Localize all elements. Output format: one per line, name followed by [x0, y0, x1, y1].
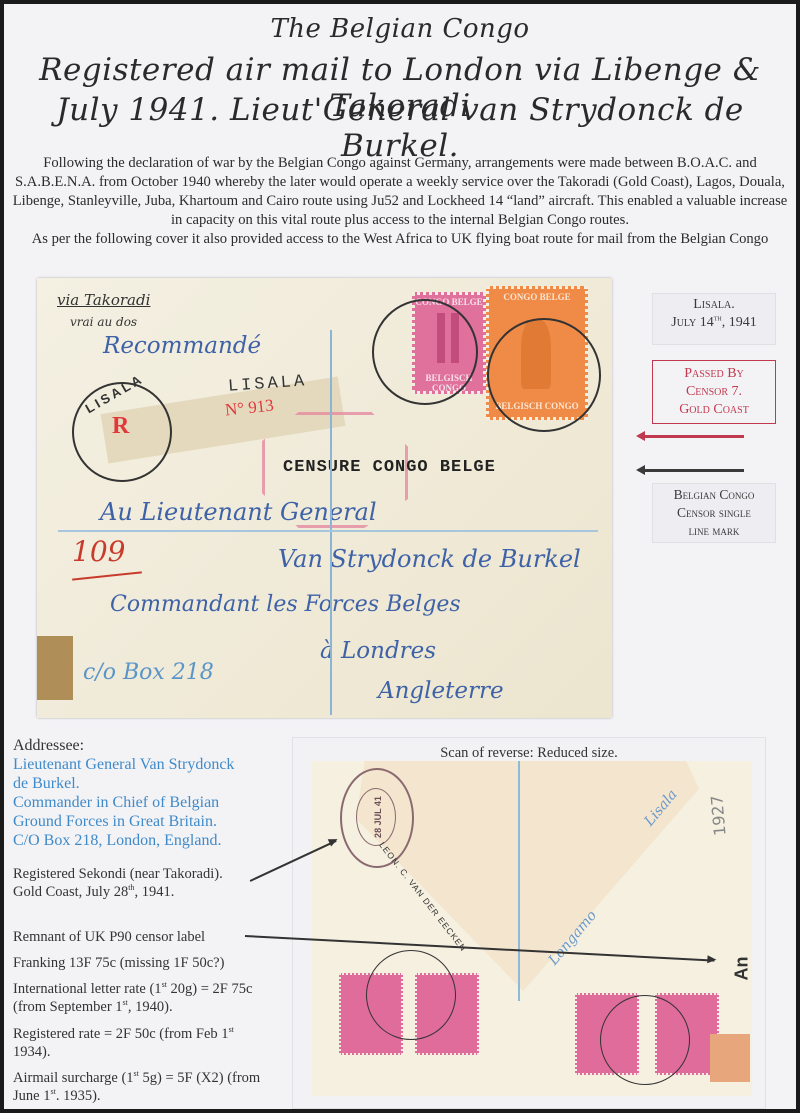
tape-remnant: [37, 636, 73, 700]
lisala-date-note: Lisala. July 14th, 1941: [652, 293, 776, 345]
intro-text: Following the declaration of war by the …: [12, 154, 788, 249]
address-line: Van Strydonck de Burkel: [278, 545, 581, 573]
addressee-label: Addressee:: [13, 736, 263, 755]
censor-single-line-note: Belgian Congo Censor single line mark: [652, 483, 776, 543]
pencil-note: 1927: [707, 794, 729, 836]
address-line: Commandant les Forces Belges: [110, 592, 461, 617]
registration-letter: R: [112, 413, 129, 440]
red-number: 109: [72, 535, 125, 568]
reverse-postmark: [366, 950, 456, 1040]
blue-crayon-line: [330, 330, 332, 715]
reverse-caption: Scan of reverse: Reduced size.: [293, 745, 765, 762]
lisala-postmark: [487, 318, 601, 432]
sekondi-date: 28 JUL 41: [373, 796, 383, 838]
tape-remnant: [710, 1034, 750, 1082]
page-title: The Belgian Congo: [0, 14, 800, 44]
censor-single-line-mark: CENSURE CONGO BELGE: [283, 458, 496, 477]
remnant-note: Remnant of UK P90 censor label: [13, 928, 273, 946]
registered-rate-note: Registered rate = 2F 50c (from Feb 1st 1…: [13, 1025, 263, 1061]
address-line: Angleterre: [378, 678, 504, 704]
airmail-surcharge-note: Airmail surcharge (1st 5g) = 5F (X2) (fr…: [13, 1069, 263, 1105]
address-line: à Londres: [320, 638, 436, 664]
registered-sekondi-note: Registered Sekondi (near Takoradi). Gold…: [13, 865, 273, 901]
passed-by-censor-note: Passed By Censor 7. Gold Coast: [652, 360, 776, 424]
intro-paragraph: As per the following cover it also provi…: [12, 230, 788, 249]
international-rate-note: International letter rate (1st 20g) = 2F…: [13, 980, 263, 1016]
routing-note: via Takoradi: [57, 291, 150, 309]
blue-crayon-line: [58, 530, 598, 532]
reverse-postmark: [600, 995, 690, 1085]
red-arrow-left-icon: [644, 435, 744, 438]
stamp-top-text: CONGO BELGE: [489, 292, 585, 302]
addressee-block: Addressee: Lieutenant General Van Strydo…: [13, 736, 263, 850]
intro-paragraph: Following the declaration of war by the …: [12, 154, 788, 230]
box-number: c/o Box 218: [83, 660, 214, 685]
recommande-handwriting: Recommandé: [103, 333, 261, 359]
routing-note-2: vrai au dos: [70, 315, 137, 329]
address-line: Au Lieutenant General: [100, 498, 377, 526]
lisala-postmark: [372, 299, 478, 405]
censor-label-remnant: An: [732, 957, 753, 981]
franking-note: Franking 13F 75c (missing 1F 50c?): [13, 954, 273, 972]
dark-arrow-left-icon: [644, 469, 744, 472]
